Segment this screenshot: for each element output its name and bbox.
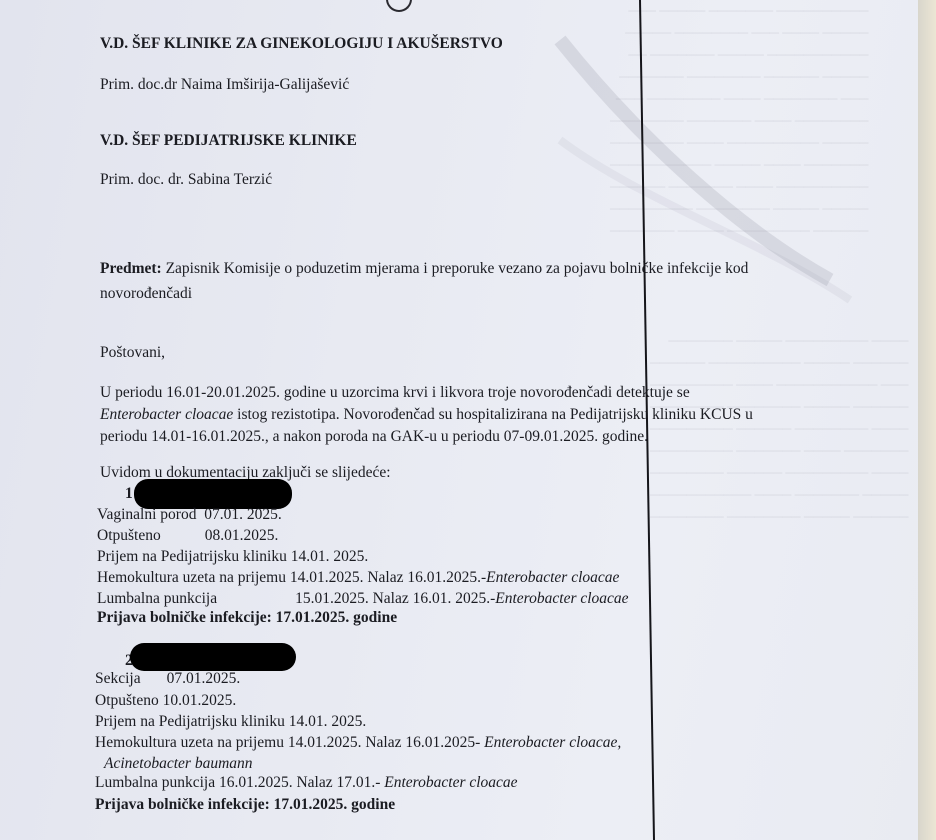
case-1-infection-report: Prijava bolničke infekcije: 17.01.2025. …	[97, 609, 397, 627]
subject-text: Zapisnik Komisije o poduzetim mjerama i …	[162, 260, 749, 277]
case-2-birth: Sekcija07.01.2025.	[95, 670, 240, 688]
case-1-admission: Prijem na Pedijatrijsku kliniku 14.01. 2…	[97, 548, 368, 566]
case-1-hemoculture: Hemokultura uzeta na prijemu 14.01.2025.…	[97, 569, 619, 587]
subject-label: Predmet:	[100, 260, 162, 277]
redacted-patient-2	[130, 643, 296, 671]
case-1-number: 1	[125, 485, 133, 503]
recipient1-title: V.D. ŠEF KLINIKE ZA GINEKOLOGIJU I AKUŠE…	[100, 35, 503, 53]
organism-name: Enterobacter cloacae	[100, 406, 233, 423]
recipient2-name: Prim. doc. dr. Sabina Terzić	[100, 171, 272, 189]
paragraph-line-3: periodu 14.01-16.01.2025., a nakon porod…	[100, 428, 648, 446]
paragraph-line-1: U periodu 16.01-20.01.2025. godine u uzo…	[100, 384, 690, 402]
case-1-birth: Vaginalni porod 07.01. 2025.	[97, 506, 282, 524]
greeting: Poštovani,	[100, 344, 165, 362]
subject-line-1: Predmet: Zapisnik Komisije o poduzetim m…	[100, 260, 748, 278]
subject-line-2: novorođenčadi	[100, 285, 192, 303]
recipient1-name: Prim. doc.dr Naima Imširija-Galijašević	[100, 76, 349, 94]
case-2-discharge: Otpušteno 10.01.2025.	[95, 692, 236, 710]
case-1-lumbar-puncture: Lumbalna punkcija15.01.2025. Nalaz 16.01…	[97, 590, 629, 608]
case-2-admission: Prijem na Pedijatrijsku kliniku 14.01. 2…	[95, 713, 366, 731]
case-2-hemoculture-organism-2: Acinetobacter baumann	[104, 755, 253, 773]
recipient2-title: V.D. ŠEF PEDIJATRIJSKE KLINIKE	[100, 132, 357, 150]
case-2-infection-report: Prijava bolničke infekcije: 17.01.2025. …	[95, 796, 395, 814]
document-body: V.D. ŠEF KLINIKE ZA GINEKOLOGIJU I AKUŠE…	[0, 0, 936, 840]
case-1-discharge: Otpušteno08.01.2025.	[97, 527, 278, 545]
case-2-lumbar-puncture: Lumbalna punkcija 16.01.2025. Nalaz 17.0…	[95, 774, 518, 792]
redacted-patient-1	[134, 479, 292, 509]
case-2-hemoculture: Hemokultura uzeta na prijemu 14.01.2025.…	[95, 734, 621, 752]
paragraph-line-2: Enterobacter cloacae istog rezistotipa. …	[100, 406, 753, 424]
